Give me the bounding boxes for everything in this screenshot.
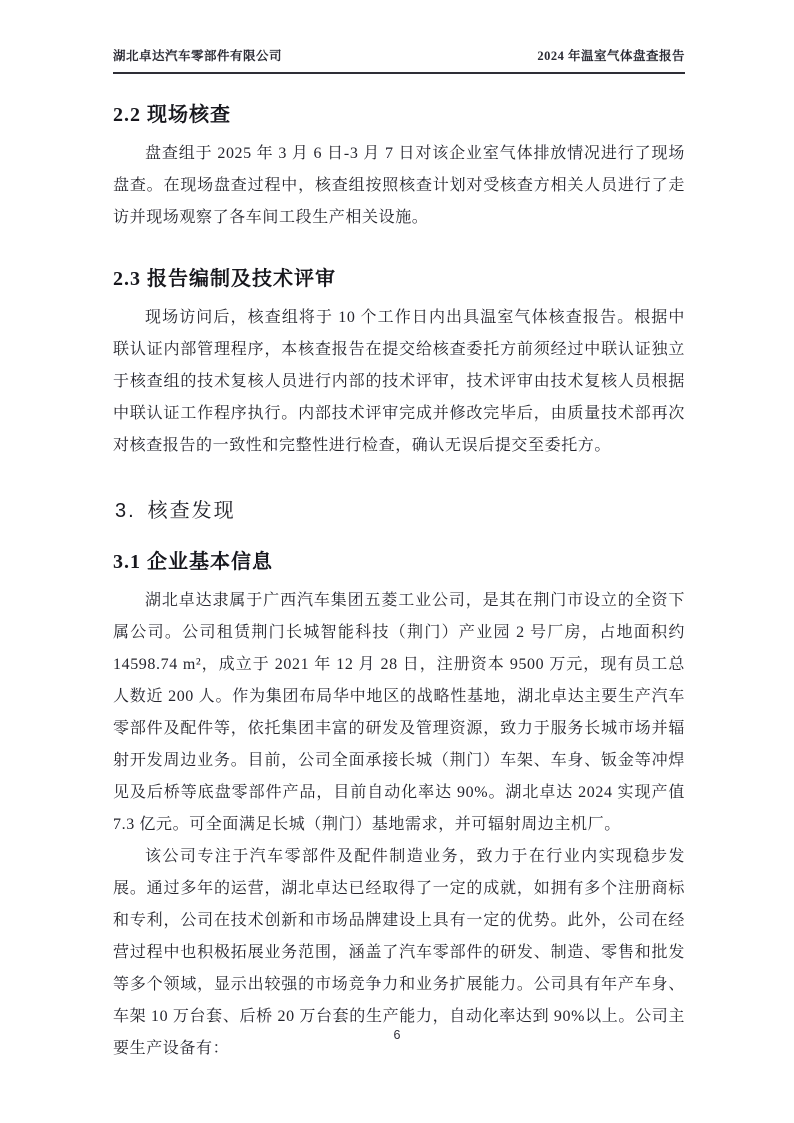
paragraph-site-audit: 盘查组于 2025 年 3 月 6 日-3 月 7 日对该企业室气体排放情况进行… [113, 138, 685, 234]
header-company-name: 湖北卓达汽车零部件有限公司 [113, 46, 282, 64]
document-body: 2.2 现场核查 盘查组于 2025 年 3 月 6 日-3 月 7 日对该企业… [113, 78, 685, 1065]
section-title-2-2: 2.2 现场核查 [113, 98, 685, 127]
chapter-title-3: 3. 核查发现 [115, 494, 685, 523]
paragraph-company-profile-1: 湖北卓达隶属于广西汽车集团五菱工业公司，是其在荆门市设立的全资下属公司。公司租赁… [113, 585, 685, 841]
page-number: 6 [0, 1028, 794, 1042]
section-title-2-3: 2.3 报告编制及技术评审 [113, 262, 685, 291]
document-page: 湖北卓达汽车零部件有限公司 2024 年温室气体盘查报告 2.2 现场核查 盘查… [0, 0, 794, 1123]
header-report-title: 2024 年温室气体盘查报告 [537, 46, 685, 64]
section-title-3-1: 3.1 企业基本信息 [113, 545, 685, 574]
page-header: 湖北卓达汽车零部件有限公司 2024 年温室气体盘查报告 [113, 46, 685, 74]
paragraph-report-review: 现场访问后，核查组将于 10 个工作日内出具温室气体核查报告。根据中联认证内部管… [113, 302, 685, 462]
